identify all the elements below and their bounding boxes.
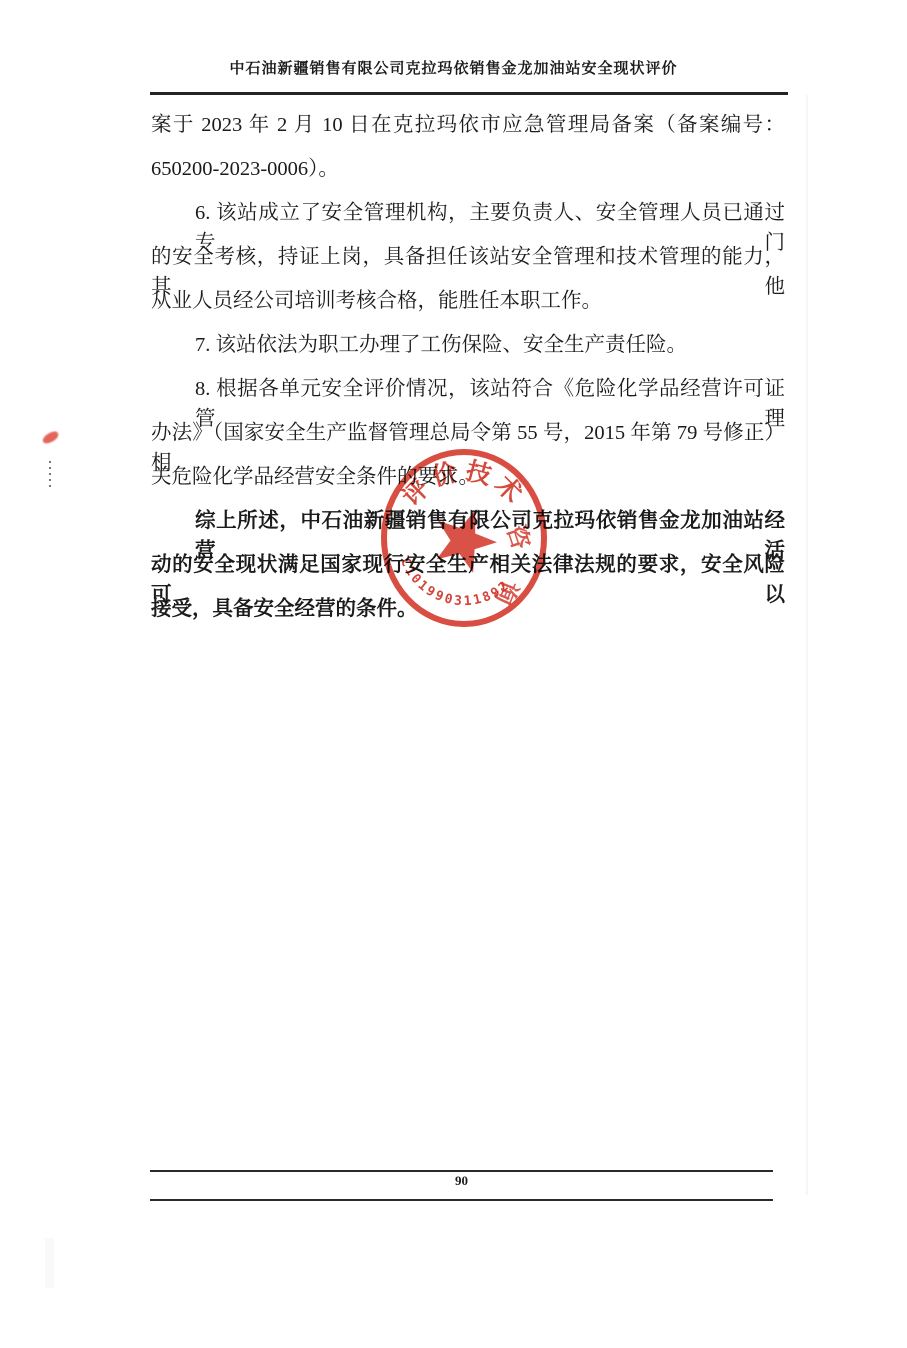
document-page: 中石油新疆销售有限公司克拉玛依销售金龙加油站安全现状评价 案于 2023 年 2… bbox=[0, 0, 907, 1348]
scan-streak-bottom bbox=[45, 1238, 54, 1288]
body-line-5: 从业人员经公司培训考核合格，能胜任本职工作。 bbox=[151, 286, 785, 318]
body-line-3: 6. 该站成立了安全管理机构，主要负责人、安全管理人员已通过专门 bbox=[151, 198, 785, 230]
footer-divider-top bbox=[150, 1170, 773, 1172]
pencil-speck-mark bbox=[49, 461, 51, 489]
seal-star-icon bbox=[437, 510, 497, 573]
footer-divider-bottom bbox=[150, 1199, 773, 1201]
page-number: 90 bbox=[150, 1173, 773, 1189]
company-seal-stamp: 评价技术 咨 询 C101990311892 bbox=[378, 447, 550, 629]
red-ink-smudge bbox=[41, 430, 60, 446]
scan-streak bbox=[806, 95, 808, 1195]
body-line-1: 案于 2023 年 2 月 10 日在克拉玛依市应急管理局备案（备案编号： bbox=[151, 110, 785, 142]
body-line-8: 办法》（国家安全生产监督管理总局令第 55 号，2015 年第 79 号修正）相 bbox=[151, 418, 785, 450]
body-line-7: 8. 根据各单元安全评价情况，该站符合《危险化学品经营许可证管理 bbox=[151, 374, 785, 406]
body-line-2: 650200-2023-0006）。 bbox=[151, 154, 785, 186]
seal-ring-glyph-1: 咨 bbox=[501, 522, 534, 553]
body-line-6: 7. 该站依法为职工办理了工伤保险、安全生产责任险。 bbox=[151, 330, 785, 362]
body-line-4: 的安全考核，持证上岗，具备担任该站安全管理和技术管理的能力，其他 bbox=[151, 242, 785, 274]
